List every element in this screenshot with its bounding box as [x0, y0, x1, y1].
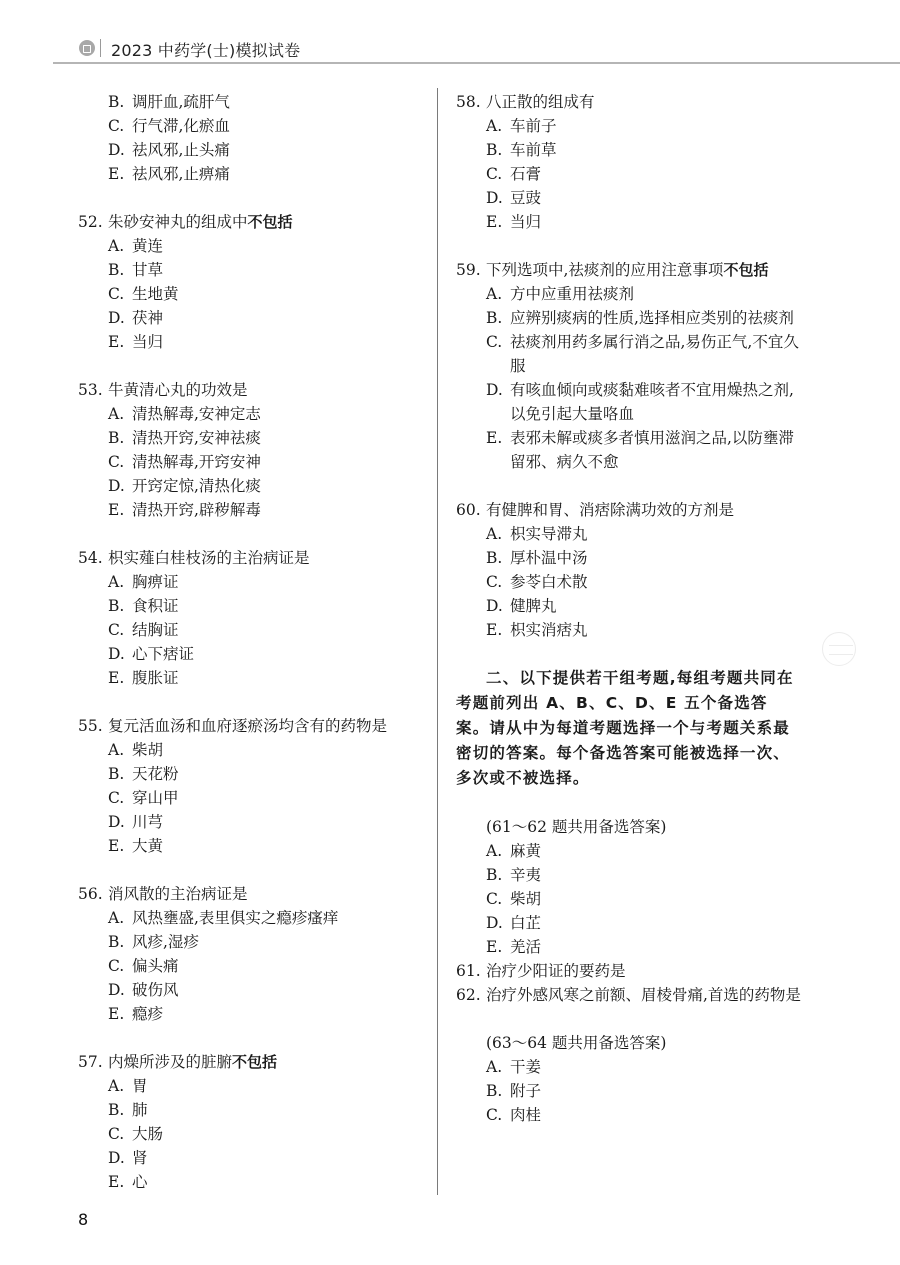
question-60: 60.有健脾和胃、消痞除满功效的方剂是 A.枳实导滞丸 B.厚朴温中汤 C.参苓… — [456, 498, 806, 642]
question-61: 61.治疗少阳证的要药是 — [456, 959, 806, 983]
option: A.风热壅盛,表里俱实之瘾疹瘙痒 — [78, 906, 428, 930]
option: E.当归 — [78, 330, 428, 354]
option: B.清热开窍,安神祛痰 — [78, 426, 428, 450]
question-53: 53.牛黄清心丸的功效是 A.清热解毒,安神定志 B.清热开窍,安神祛痰 C.清… — [78, 378, 428, 522]
option: E.清热开窍,辟秽解毒 — [78, 498, 428, 522]
stem-emphasis: 不包括 — [232, 1053, 277, 1071]
question-59: 59.下列选项中,祛痰剂的应用注意事项不包括 A.方中应重用祛痰剂 B.应辨别痰… — [456, 258, 806, 474]
option: D.有咳血倾向或痰黏难咳者不宜用燥热之剂,以免引起大量咯血 — [456, 378, 806, 426]
question-stem: 54.枳实薤白桂枝汤的主治病证是 — [78, 546, 428, 570]
option: C.大肠 — [78, 1122, 428, 1146]
option: A.枳实导滞丸 — [456, 522, 806, 546]
option: D.健脾丸 — [456, 594, 806, 618]
question-stem: 58.八正散的组成有 — [456, 90, 806, 114]
option: C.穿山甲 — [78, 786, 428, 810]
question-58: 58.八正散的组成有 A.车前子 B.车前草 C.石膏 D.豆豉 E.当归 — [456, 90, 806, 234]
option: A.黄连 — [78, 234, 428, 258]
question-stem: 52.朱砂安神丸的组成中不包括 — [78, 210, 428, 234]
book-icon — [79, 40, 95, 56]
option: A.麻黄 — [456, 839, 806, 863]
question-stem: 56.消风散的主治病证是 — [78, 882, 428, 906]
option: B.调肝血,疏肝气 — [78, 90, 428, 114]
question-stem: 53.牛黄清心丸的功效是 — [78, 378, 428, 402]
column-divider — [437, 88, 438, 1195]
question-group-63-64: (63～64 题共用备选答案) A.干姜 B.附子 C.肉桂 — [456, 1031, 806, 1127]
option: B.食积证 — [78, 594, 428, 618]
option: E.大黄 — [78, 834, 428, 858]
publisher-logo-icon — [822, 632, 856, 666]
option: D.心下痞证 — [78, 642, 428, 666]
header-rule — [53, 62, 900, 64]
option: C.石膏 — [456, 162, 806, 186]
option: B.风疹,湿疹 — [78, 930, 428, 954]
section-instructions: 二、以下提供若干组考题,每组考题共同在考题前列出 A、B、C、D、E 五个备选答… — [456, 666, 800, 791]
option: C.祛痰剂用药多属行消之品,易伤正气,不宜久服 — [456, 330, 806, 378]
option: D.开窍定惊,清热化痰 — [78, 474, 428, 498]
option: D.祛风邪,止头痛 — [78, 138, 428, 162]
option: D.豆豉 — [456, 186, 806, 210]
question-54: 54.枳实薤白桂枝汤的主治病证是 A.胸痹证 B.食积证 C.结胸证 D.心下痞… — [78, 546, 428, 690]
question-stem: 57.内燥所涉及的脏腑不包括 — [78, 1050, 428, 1074]
option: C.柴胡 — [456, 887, 806, 911]
page-number: 8 — [78, 1210, 88, 1229]
right-column: 58.八正散的组成有 A.车前子 B.车前草 C.石膏 D.豆豉 E.当归 59… — [456, 90, 806, 1127]
option: A.清热解毒,安神定志 — [78, 402, 428, 426]
option: E.祛风邪,止痹痛 — [78, 162, 428, 186]
option: E.羌活 — [456, 935, 806, 959]
question-51-continued: B.调肝血,疏肝气 C.行气滞,化瘀血 D.祛风邪,止头痛 E.祛风邪,止痹痛 — [78, 90, 428, 186]
question-56: 56.消风散的主治病证是 A.风热壅盛,表里俱实之瘾疹瘙痒 B.风疹,湿疹 C.… — [78, 882, 428, 1026]
option: C.生地黄 — [78, 282, 428, 306]
option: C.肉桂 — [456, 1103, 806, 1127]
option: C.参苓白术散 — [456, 570, 806, 594]
option: B.天花粉 — [78, 762, 428, 786]
option: E.心 — [78, 1170, 428, 1194]
option: B.肺 — [78, 1098, 428, 1122]
page-header: 2023 中药学(士)模拟试卷 — [53, 0, 900, 64]
question-62: 62.治疗外感风寒之前额、眉棱骨痛,首选的药物是 — [456, 983, 806, 1007]
option: B.甘草 — [78, 258, 428, 282]
option: A.方中应重用祛痰剂 — [456, 282, 806, 306]
option: C.偏头痛 — [78, 954, 428, 978]
spacer — [456, 1007, 806, 1031]
option: C.清热解毒,开窍安神 — [78, 450, 428, 474]
option: B.厚朴温中汤 — [456, 546, 806, 570]
left-column: B.调肝血,疏肝气 C.行气滞,化瘀血 D.祛风邪,止头痛 E.祛风邪,止痹痛 … — [78, 90, 428, 1218]
page-title: 2023 中药学(士)模拟试卷 — [111, 38, 300, 61]
question-55: 55.复元活血汤和血府逐瘀汤均含有的药物是 A.柴胡 B.天花粉 C.穿山甲 D… — [78, 714, 428, 858]
question-52: 52.朱砂安神丸的组成中不包括 A.黄连 B.甘草 C.生地黄 D.茯神 E.当… — [78, 210, 428, 354]
option: C.结胸证 — [78, 618, 428, 642]
question-group-61-62: (61～62 题共用备选答案) A.麻黄 B.辛夷 C.柴胡 D.白芷 E.羌活… — [456, 815, 806, 1007]
option: A.柴胡 — [78, 738, 428, 762]
option: A.干姜 — [456, 1055, 806, 1079]
option: E.当归 — [456, 210, 806, 234]
option: D.肾 — [78, 1146, 428, 1170]
option: A.胸痹证 — [78, 570, 428, 594]
option: B.应辨别痰病的性质,选择相应类别的祛痰剂 — [456, 306, 806, 330]
option: E.枳实消痞丸 — [456, 618, 806, 642]
option: C.行气滞,化瘀血 — [78, 114, 428, 138]
option: A.胃 — [78, 1074, 428, 1098]
option: B.辛夷 — [456, 863, 806, 887]
option: D.茯神 — [78, 306, 428, 330]
option: D.白芷 — [456, 911, 806, 935]
option: E.腹胀证 — [78, 666, 428, 690]
option: B.附子 — [456, 1079, 806, 1103]
option: D.川芎 — [78, 810, 428, 834]
option: A.车前子 — [456, 114, 806, 138]
stem-emphasis: 不包括 — [248, 213, 293, 231]
question-stem: 60.有健脾和胃、消痞除满功效的方剂是 — [456, 498, 806, 522]
option: B.车前草 — [456, 138, 806, 162]
option: E.瘾疹 — [78, 1002, 428, 1026]
header-separator — [100, 39, 101, 57]
option: E.表邪未解或痰多者慎用滋润之品,以防壅滞留邪、病久不愈 — [456, 426, 806, 474]
option: D.破伤风 — [78, 978, 428, 1002]
group-note: (61～62 题共用备选答案) — [456, 815, 806, 839]
stem-emphasis: 不包括 — [723, 261, 768, 279]
group-note: (63～64 题共用备选答案) — [456, 1031, 806, 1055]
question-stem: 55.复元活血汤和血府逐瘀汤均含有的药物是 — [78, 714, 428, 738]
question-57: 57.内燥所涉及的脏腑不包括 A.胃 B.肺 C.大肠 D.肾 E.心 — [78, 1050, 428, 1194]
question-stem: 59.下列选项中,祛痰剂的应用注意事项不包括 — [456, 258, 806, 282]
